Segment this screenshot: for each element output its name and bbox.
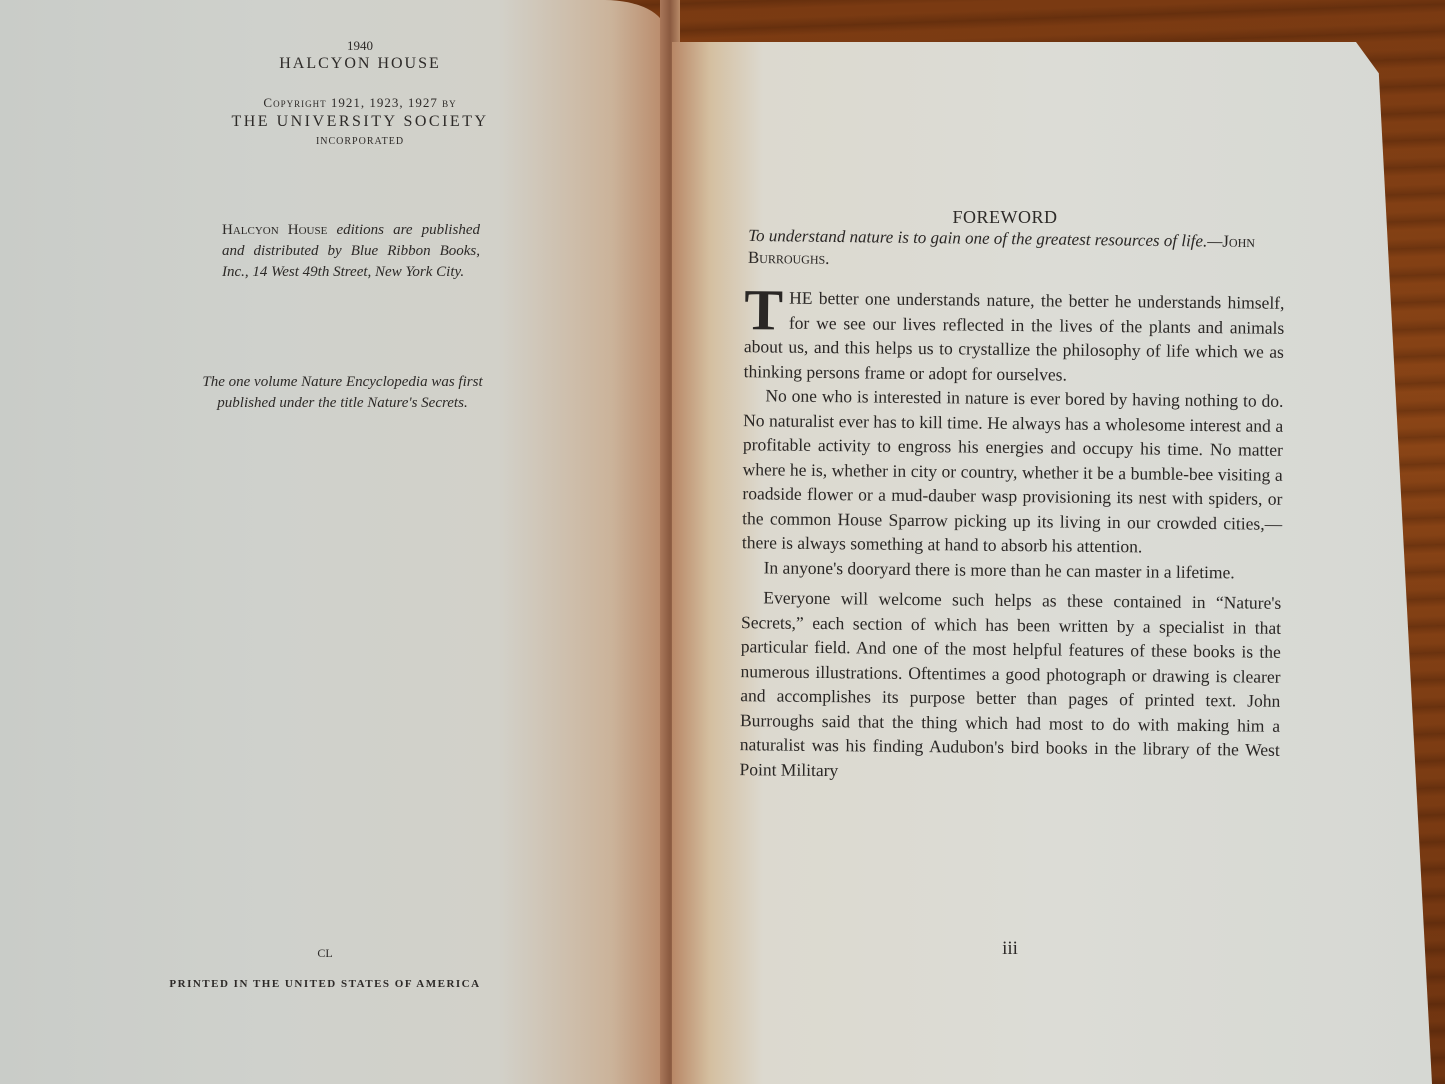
incorporated-label: INCORPORATED — [250, 136, 470, 147]
drop-cap: T — [744, 287, 783, 333]
copyright-line: Copyright 1921, 1923, 1927 by — [200, 95, 520, 111]
publication-year: 1940 — [320, 38, 400, 54]
paragraph-3: In anyone's dooryard there is more than … — [742, 555, 1282, 585]
printer-mark: CL — [300, 946, 350, 961]
paragraph-2: No one who is interested in nature is ev… — [742, 383, 1284, 560]
epigraph: To understand nature is to gain one of t… — [748, 225, 1258, 275]
foreword-body: THE better one understands nature, the b… — [739, 285, 1284, 787]
original-title-note: The one volume Nature Encyclopedia was f… — [190, 372, 495, 414]
left-page: 1940 HALCYON HOUSE Copyright 1921, 1923,… — [0, 0, 665, 1084]
distribution-note-imprint: Halcyon House — [222, 222, 327, 238]
imprint-name: HALCYON HOUSE — [220, 55, 500, 73]
distribution-note: Halcyon House editions are published and… — [222, 220, 480, 283]
epigraph-quote: To understand nature is to gain one of t… — [748, 226, 1222, 251]
paragraph-1: THE better one understands nature, the b… — [744, 285, 1285, 389]
publisher-name: THE UNIVERSITY SOCIETY — [200, 113, 520, 131]
foreword-heading: FOREWORD — [900, 207, 1110, 228]
paragraph-4: Everyone will welcome such helps as thes… — [739, 585, 1281, 787]
printed-in-line: PRINTED IN THE UNITED STATES OF AMERICA — [140, 978, 510, 990]
page-number: iii — [980, 938, 1040, 960]
